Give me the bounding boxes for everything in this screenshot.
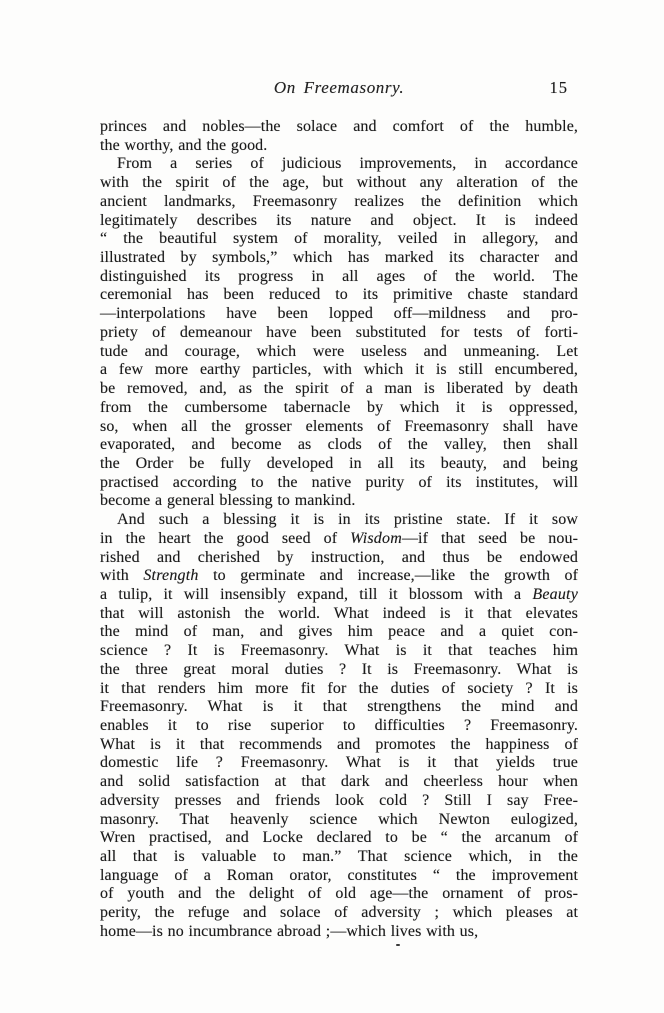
text-line: science ? It is Freemasonry. What is it … xyxy=(100,642,578,661)
scan-artifact-mark xyxy=(396,944,400,946)
text-line: masonry. That heavenly science which New… xyxy=(100,811,578,830)
text-line: language of a Roman orator, constitutes … xyxy=(100,867,578,886)
text-line: the three great moral duties ? It is Fre… xyxy=(100,661,578,680)
paragraph: From a series of judicious improvements,… xyxy=(100,155,578,511)
text-line: From a series of judicious improvements,… xyxy=(100,155,578,174)
text-line: the mind of man, and gives him peace and… xyxy=(100,623,578,642)
page-number: 15 xyxy=(550,78,569,98)
text-line: practised according to the native purity… xyxy=(100,474,578,493)
text-line: in the heart the good seed of Wisdom—if … xyxy=(100,530,578,549)
text-line: What is it that recommends and promotes … xyxy=(100,736,578,755)
text-line: legitimately describes its nature and ob… xyxy=(100,212,578,231)
text-line: with Strength to germinate and increase,… xyxy=(100,567,578,586)
text-line: a tulip, it will insensibly expand, till… xyxy=(100,586,578,605)
text-line: with the spirit of the age, but without … xyxy=(100,174,578,193)
text-line: domestic life ? Freemasonry. What is it … xyxy=(100,754,578,773)
text-line: of youth and the delight of old age—the … xyxy=(100,885,578,904)
text-line: priety of demeanour have been substitute… xyxy=(100,324,578,343)
running-head: On Freemasonry. 15 xyxy=(100,78,578,98)
paragraph: princes and nobles—the solace and comfor… xyxy=(100,118,578,155)
text-line: and solid satisfaction at that dark and … xyxy=(100,773,578,792)
page-title: On Freemasonry. xyxy=(100,78,578,98)
text-line: —interpolations have been lopped off—mil… xyxy=(100,305,578,324)
paragraph: And such a blessing it is in its pristin… xyxy=(100,511,578,942)
text-line: that will astonish the world. What indee… xyxy=(100,605,578,624)
text-line: adversity presses and friends look cold … xyxy=(100,792,578,811)
text-line: home—is no incumbrance abroad ;—which li… xyxy=(100,923,578,942)
text-line: become a general blessing to mankind. xyxy=(100,492,578,511)
text-line: it that renders him more fit for the dut… xyxy=(100,680,578,699)
text-line: And such a blessing it is in its pristin… xyxy=(100,511,578,530)
text-line: a few more earthy particles, with which … xyxy=(100,361,578,380)
text-line: illustrated by symbols,” which has marke… xyxy=(100,249,578,268)
scanned-book-page: On Freemasonry. 15 princes and nobles—th… xyxy=(0,0,664,1013)
text-line: from the cumbersome tabernacle by which … xyxy=(100,399,578,418)
text-line: ancient landmarks, Freemasonry realizes … xyxy=(100,193,578,212)
text-line: rished and cherished by instruction, and… xyxy=(100,549,578,568)
text-line: princes and nobles—the solace and comfor… xyxy=(100,118,578,137)
text-line: Freemasonry. What is it that strengthens… xyxy=(100,698,578,717)
text-line: perity, the refuge and solace of adversi… xyxy=(100,904,578,923)
text-line: the Order be fully developed in all its … xyxy=(100,455,578,474)
text-line: ceremonial has been reduced to its primi… xyxy=(100,286,578,305)
text-line: all that is valuable to man.” That scien… xyxy=(100,848,578,867)
text-line: the worthy, and the good. xyxy=(100,137,578,156)
text-line: so, when all the grosser elements of Fre… xyxy=(100,418,578,437)
text-line: distinguished its progress in all ages o… xyxy=(100,268,578,287)
text-line: “ the beautiful system of morality, veil… xyxy=(100,230,578,249)
text-line: Wren practised, and Locke declared to be… xyxy=(100,829,578,848)
text-line: be removed, and, as the spirit of a man … xyxy=(100,380,578,399)
text-line: evaporated, and become as clods of the v… xyxy=(100,436,578,455)
text-line: tude and courage, which were useless and… xyxy=(100,343,578,362)
text-line: enables it to rise superior to difficult… xyxy=(100,717,578,736)
text-body: princes and nobles—the solace and comfor… xyxy=(100,118,578,942)
